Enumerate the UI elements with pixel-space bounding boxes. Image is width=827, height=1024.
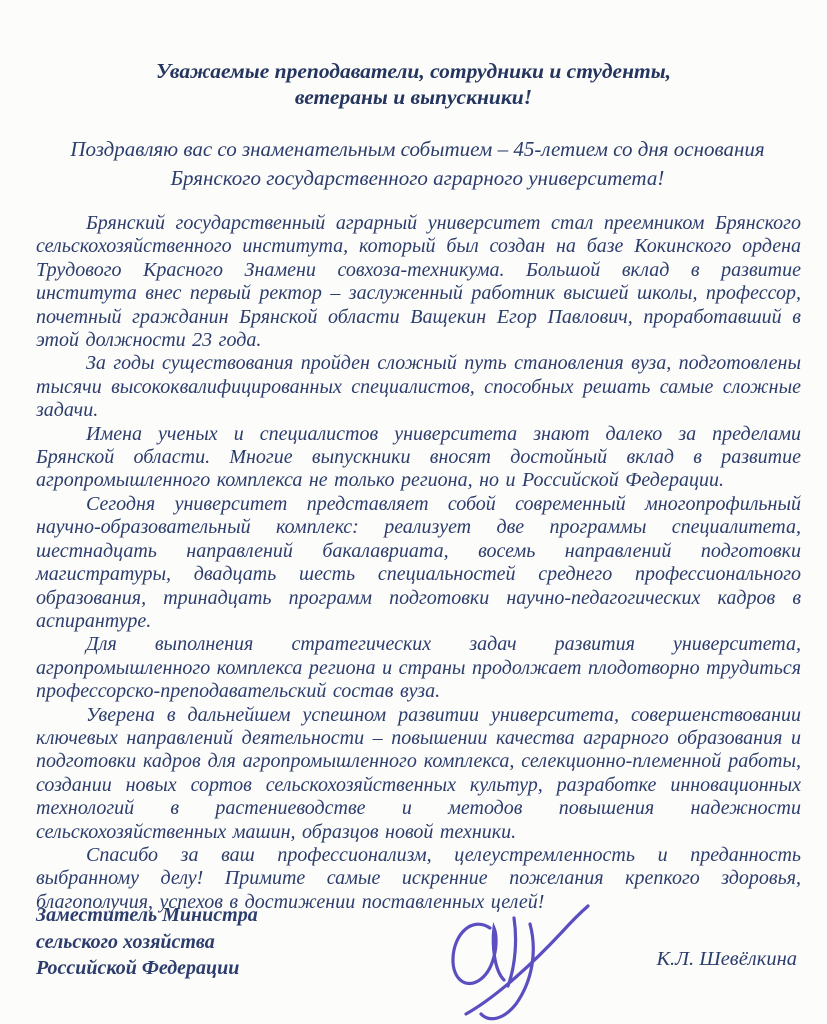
body-paragraph: Для выполнения стратегических задач разв… (36, 633, 801, 703)
signer-position: Заместитель Министра сельского хозяйства… (36, 902, 258, 982)
signer-name: К.Л. Шевёлкина (656, 948, 797, 971)
letter-page: Уважаемые преподаватели, сотрудники и ст… (0, 0, 827, 1024)
congratulation-lead: Поздравляю вас со знаменательным событие… (42, 135, 793, 193)
signer-position-line: Российской Федерации (36, 955, 258, 982)
salutation-line-2: ветераны и выпускники! (90, 84, 737, 110)
body-paragraph: Сегодня университет представляет собой с… (36, 493, 801, 633)
letter-salutation: Уважаемые преподаватели, сотрудники и ст… (90, 58, 737, 110)
body-paragraph: Имена ученых и специалистов университета… (36, 423, 801, 493)
salutation-line-1: Уважаемые преподаватели, сотрудники и ст… (90, 58, 737, 84)
body-paragraph: Уверена в дальнейшем успешном развитии у… (36, 704, 801, 844)
signature-block: Заместитель Министра сельского хозяйства… (0, 898, 827, 1024)
body-paragraph: Брянский государственный аграрный универ… (36, 212, 801, 352)
signer-position-line: Заместитель Министра (36, 902, 258, 929)
handwritten-signature-icon (420, 876, 600, 1024)
letter-body: Брянский государственный аграрный универ… (36, 212, 801, 914)
body-paragraph: За годы существования пройден сложный пу… (36, 352, 801, 422)
signer-position-line: сельского хозяйства (36, 929, 258, 956)
